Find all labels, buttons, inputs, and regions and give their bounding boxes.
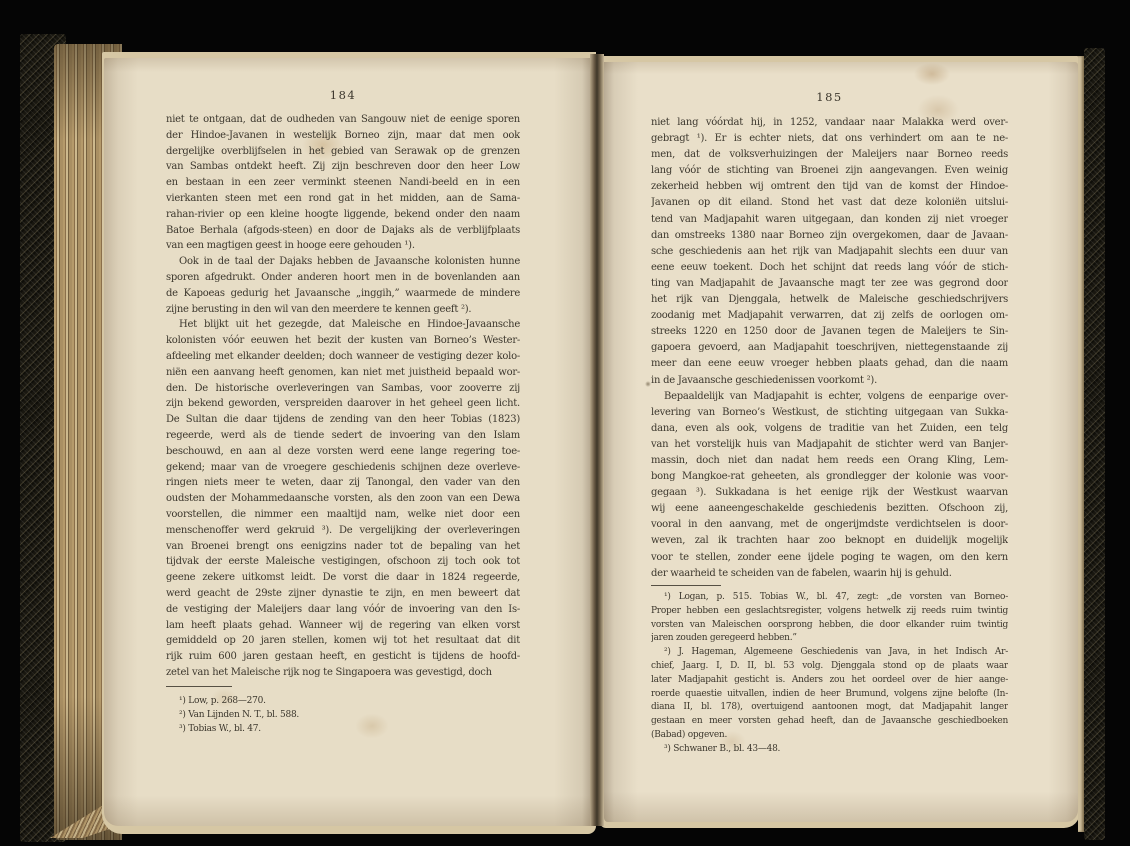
text-line: het rijk van Djenggala, hetwelk de Malei… [651, 292, 1008, 308]
text-line: ³) Tobias W., bl. 47. [166, 722, 520, 736]
text-line: der Hindoe-Javanen in westelijk Borneo z… [166, 128, 520, 144]
paragraph: ³) Schwaner B., bl. 43—48. [651, 743, 1008, 757]
text-line: streeks 1220 en 1250 door de Javanen teg… [651, 324, 1008, 340]
paragraph: Ook in de taal der Dajaks hebben de Java… [166, 254, 520, 317]
text-line: De Sultan die daar tijdens de zending va… [166, 412, 520, 428]
text-line: vooral in den aanvang, met de ongerijmds… [651, 517, 1008, 533]
text-line: kolonisten vóór eeuwen het bezit der kus… [166, 333, 520, 349]
text-line: niën een aanvang heeft genomen, kan niet… [166, 365, 520, 381]
text-line: den. De historische overleveringen van S… [166, 381, 520, 397]
text-line: niet lang vóórdat hij, in 1252, vandaar … [651, 115, 1008, 131]
text-line: chief, Jaarg. I, D. II, bl. 53 volg. Dje… [651, 660, 1008, 674]
paragraph: ²) J. Hageman, Algemeene Geschiedenis va… [651, 646, 1008, 743]
text-line: ³) Schwaner B., bl. 43—48. [651, 743, 1008, 757]
text-line: voorstellen, die nimmer een maaltijd nam… [166, 507, 520, 523]
photo-background: 184 niet te ontgaan, dat de oudheden van… [0, 0, 1130, 846]
text-line: Proper hebben een geslachtsregister, vol… [651, 605, 1008, 619]
text-line: weven, zal ik trachten haar zoo beknopt … [651, 533, 1008, 549]
text-line: ¹) Logan, p. 515. Tobias W., bl. 47, zeg… [651, 591, 1008, 605]
text-line: vierkanten steen met een rond gat in het… [166, 191, 520, 207]
text-line: zoodanig met Madjapahit verwarren, dat z… [651, 308, 1008, 324]
text-line: tend van Madjapahit waren uitgegaan, dan… [651, 212, 1008, 228]
text-line: zijne berusting in den wil van den meerd… [166, 302, 520, 318]
text-line: men, dat de volksverhuizingen der Maleij… [651, 147, 1008, 163]
text-line: roerde quaestie uitvallen, indien de hee… [651, 688, 1008, 702]
text-line: afdeeling met elkander deelden; doch wan… [166, 349, 520, 365]
text-line: zekerheid hebben wij omtrent den tijd va… [651, 179, 1008, 195]
text-line: Batoe Berhala (afgods-steen) en door de … [166, 223, 520, 239]
text-line: levering van Borneo’s Westkust, de stich… [651, 405, 1008, 421]
text-line: geene zekere uitkomst leidt. De vorst di… [166, 570, 520, 586]
left-page: 184 niet te ontgaan, dat de oudheden van… [104, 58, 592, 826]
text-line: eene eeuw toekent. Doch het schijnt dat … [651, 260, 1008, 276]
text-line: jaren zouden geregeerd hebben.” [651, 632, 1008, 646]
text-line: tijdvak der eerste Maleische vestigingen… [166, 554, 520, 570]
text-line: zetel van het Maleische rijk nog te Sing… [166, 665, 520, 681]
text-line: werd geacht de 29ste zijner dynastie te … [166, 586, 520, 602]
text-line: sche geschiedenis aan het rijk van Madja… [651, 244, 1008, 260]
text-line: van Sambas ontdekt heeft. Zij zijn besch… [166, 159, 520, 175]
text-line: ²) Van Lijnden N. T., bl. 588. [166, 708, 520, 722]
right-page-body: niet lang vóórdat hij, in 1252, vandaar … [651, 115, 1008, 582]
text-line: vorsten van Maleischen oorsprong hebben,… [651, 619, 1008, 633]
text-line: Bepaaldelijk van Madjapahit is echter, v… [651, 389, 1008, 405]
text-line: ¹) Low, p. 268—270. [166, 694, 520, 708]
text-line: gegaan ³). Sukkadana is het eenige rijk … [651, 485, 1008, 501]
text-line: Ook in de taal der Dajaks hebben de Java… [166, 254, 520, 270]
text-line: gekend; maar van de vroegere geschiedeni… [166, 460, 520, 476]
text-line: wij eene aaneengeschakelde geschiedenis … [651, 501, 1008, 517]
paragraph: ²) Van Lijnden N. T., bl. 588. [166, 708, 520, 722]
text-line: niet te ontgaan, dat de oudheden van San… [166, 112, 520, 128]
text-line: beschouwd, en aan al deze vorsten werd e… [166, 444, 520, 460]
left-page-footnotes: ¹) Low, p. 268—270.²) Van Lijnden N. T.,… [166, 694, 520, 736]
paragraph: ¹) Logan, p. 515. Tobias W., bl. 47, zeg… [651, 591, 1008, 646]
text-line: gapoera gevoerd, aan Madjapahit toeschri… [651, 340, 1008, 356]
text-line: ringen niets meer te weten, daar zij Tan… [166, 475, 520, 491]
text-line: dergelijke overblijfselen in het gebied … [166, 144, 520, 160]
book-cover-right [1084, 48, 1105, 840]
text-line: dana, even als ook, volgens de traditie … [651, 421, 1008, 437]
text-line: diana II, bl. 178), overtuigend aantoone… [651, 701, 1008, 715]
paragraph: niet te ontgaan, dat de oudheden van San… [166, 112, 520, 254]
text-line: de vestiging der Maleijers daar lang vóó… [166, 602, 520, 618]
text-line: meer dan eene eeuw vroeger hebben plaats… [651, 356, 1008, 372]
text-line: lang vóór de stichting van Broenei zijn … [651, 163, 1008, 179]
page-number-right: 185 [651, 90, 1008, 104]
text-line: oudsten der Mohammedaansche vorsten, als… [166, 491, 520, 507]
text-line: en bestaan in een zeer verminkt steenen … [166, 175, 520, 191]
page-number-left: 184 [166, 88, 520, 102]
text-line: (Babad) opgeven. [651, 729, 1008, 743]
text-line: de Kapoeas gedurig het Javaansche „inggi… [166, 286, 520, 302]
text-line: gemiddeld op 20 jaren stellen, komen wij… [166, 633, 520, 649]
paragraph: ¹) Low, p. 268—270. [166, 694, 520, 708]
text-line: in de Javaansche geschiedenissen voorkom… [651, 373, 1008, 389]
text-line: later Madjapahit gesticht is. Anders zou… [651, 674, 1008, 688]
footnote-rule-left [166, 686, 232, 687]
right-page-footnotes: ¹) Logan, p. 515. Tobias W., bl. 47, zeg… [651, 591, 1008, 757]
right-page: 185 niet lang vóórdat hij, in 1252, vand… [604, 62, 1078, 822]
text-line: voor te stellen, zonder eene ijdele pogi… [651, 550, 1008, 566]
book-gutter [590, 54, 604, 826]
text-line: lam heeft plaats gehad. Wanneer wij de r… [166, 618, 520, 634]
text-line: regeerde, werd als de tiende sedert de i… [166, 428, 520, 444]
text-line: van een magtigen geest in hooge eere geh… [166, 238, 520, 254]
text-line: Javanen op dit eiland. Stond het vast da… [651, 195, 1008, 211]
text-line: rahan-rivier op een kleine hoogte liggen… [166, 207, 520, 223]
text-line: gebragt ¹). Er is echter niets, dat ons … [651, 131, 1008, 147]
paragraph: Het blijkt uit het gezegde, dat Maleisch… [166, 317, 520, 680]
text-line: sporen afgedrukt. Onder anderen hoort me… [166, 270, 520, 286]
text-line: van het vorstelijk huis van Madjapahit d… [651, 437, 1008, 453]
text-line: massin, doch niet dan nadat hem reeds ee… [651, 453, 1008, 469]
paragraph: niet lang vóórdat hij, in 1252, vandaar … [651, 115, 1008, 389]
text-line: ²) J. Hageman, Algemeene Geschiedenis va… [651, 646, 1008, 660]
left-page-body: niet te ontgaan, dat de oudheden van San… [166, 112, 520, 681]
text-line: rijk ruim 600 jaren gestaan heeft, en ge… [166, 649, 520, 665]
text-line: der waarheid te scheiden van de fabelen,… [651, 566, 1008, 582]
text-line: gestaan en meer vorsten gehad heeft, dan… [651, 715, 1008, 729]
text-line: bong Mangkoe-rat geheeten, als grondlegg… [651, 469, 1008, 485]
text-line: Het blijkt uit het gezegde, dat Maleisch… [166, 317, 520, 333]
text-line: van Broenei brengt ons eenigzins nader t… [166, 539, 520, 555]
text-line: menschenoffer werd gekruid ³). De vergel… [166, 523, 520, 539]
text-line: ting van Madjapahit de Javaansche magt t… [651, 276, 1008, 292]
footnote-rule-right [651, 585, 721, 586]
paragraph: ³) Tobias W., bl. 47. [166, 722, 520, 736]
text-line: zijn bekend geworden, verspreiden daarov… [166, 396, 520, 412]
paragraph: Bepaaldelijk van Madjapahit is echter, v… [651, 389, 1008, 582]
text-line: dan omstreeks 1380 naar Borneo zijn over… [651, 228, 1008, 244]
